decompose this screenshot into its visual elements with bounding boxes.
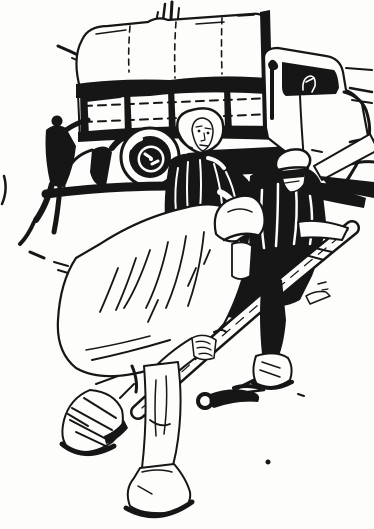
worker-legs bbox=[62, 362, 192, 516]
illustration-stage bbox=[0, 0, 374, 529]
ground-marks bbox=[198, 380, 304, 465]
illustration-canvas bbox=[0, 0, 374, 529]
foreground-worker bbox=[58, 196, 265, 376]
